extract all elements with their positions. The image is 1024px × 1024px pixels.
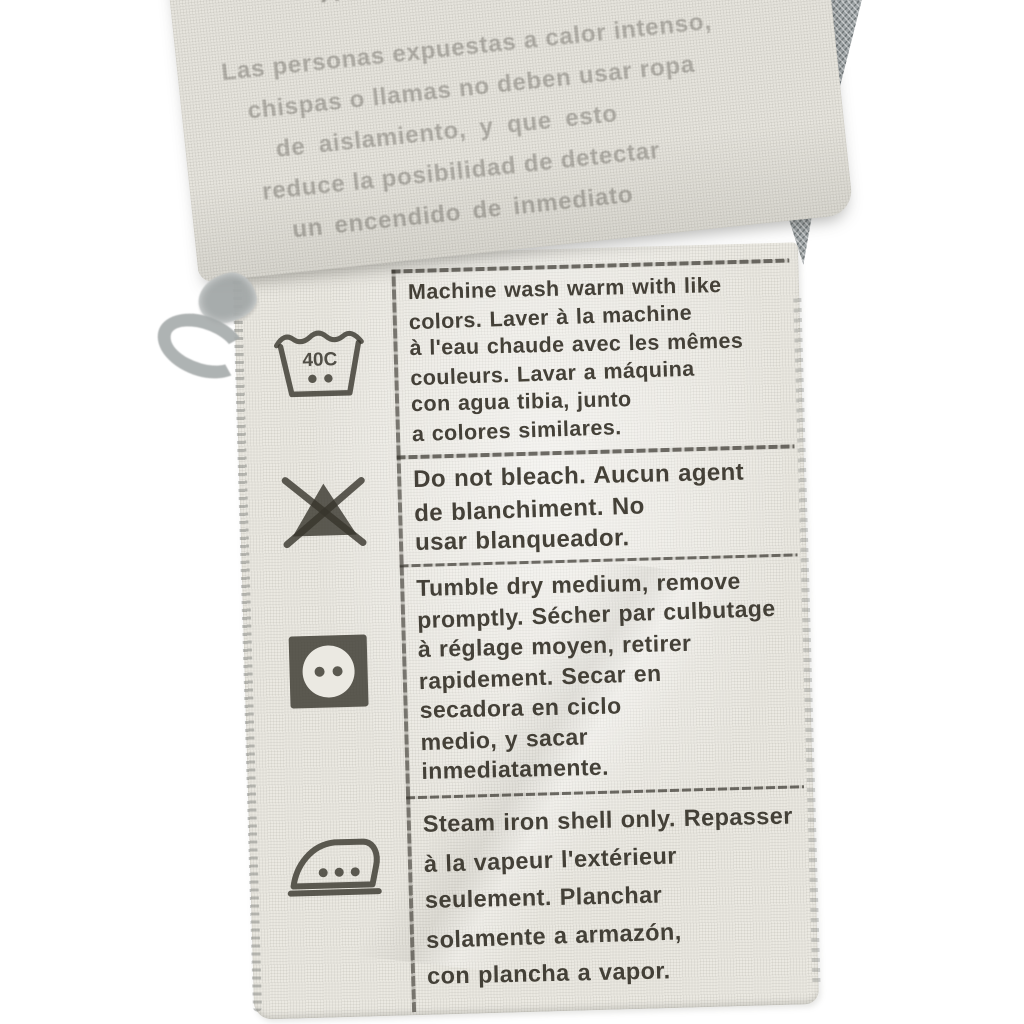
do-not-bleach-icon bbox=[279, 473, 369, 551]
bleach-icon-cell bbox=[249, 456, 400, 569]
warning-title: ADVERTENCIA bbox=[318, 0, 592, 9]
bleach-instructions: Do not bleach. Aucun agent de blanchimen… bbox=[397, 444, 800, 564]
care-text-line: con plancha a vapor. bbox=[427, 948, 808, 995]
care-row-bleach: Do not bleach. Aucun agent de blanchimen… bbox=[249, 444, 800, 568]
wash-instructions: Machine wash warm with like colors. Lave… bbox=[391, 258, 796, 455]
care-label-photo: ADVERTENCIA Las personas expuestas a cal… bbox=[0, 0, 1024, 1024]
tumble-dry-instructions: Tumble dry medium, remove promptly. Séch… bbox=[400, 553, 806, 796]
iron-instructions: Steam iron shell only. Repasser à la vap… bbox=[406, 785, 812, 1012]
care-row-tumble-dry: Tumble dry medium, remove promptly. Séch… bbox=[252, 553, 806, 800]
tumble-dry-medium-icon bbox=[281, 625, 375, 716]
care-row-wash: 40C Machine wash warm with like colors. … bbox=[243, 258, 796, 459]
iron-icon-cell bbox=[258, 796, 412, 1016]
wash-icon-cell: 40C bbox=[243, 270, 396, 460]
warning-flap: ADVERTENCIA Las personas expuestas a cal… bbox=[166, 0, 854, 283]
care-instruction-table: 40C Machine wash warm with like colors. … bbox=[243, 258, 812, 1016]
care-label: 40C Machine wash warm with like colors. … bbox=[233, 242, 819, 1019]
care-row-iron: Steam iron shell only. Repasser à la vap… bbox=[258, 785, 812, 1016]
steam-iron-icon bbox=[282, 826, 386, 903]
machine-wash-40-icon: 40C bbox=[271, 322, 369, 407]
svg-text:40C: 40C bbox=[302, 349, 338, 371]
warning-body: Las personas expuestas a calor intenso, … bbox=[176, 0, 852, 261]
tumble-dry-icon-cell bbox=[252, 564, 406, 800]
